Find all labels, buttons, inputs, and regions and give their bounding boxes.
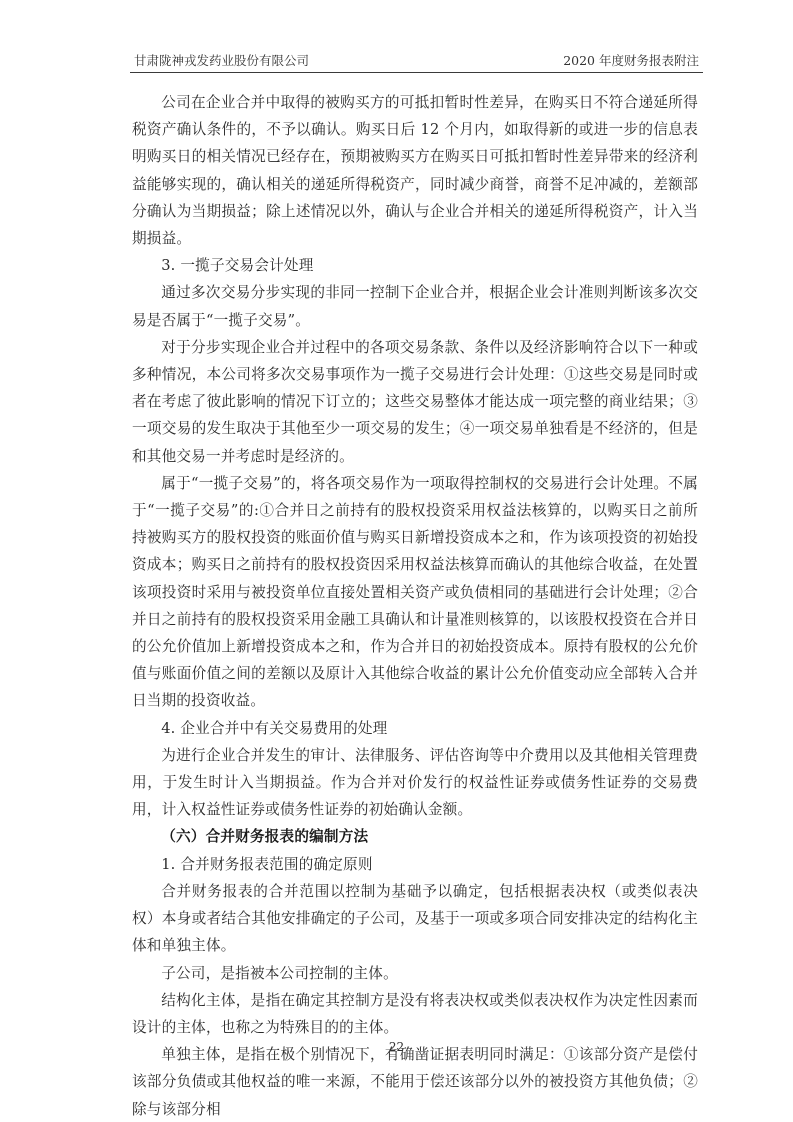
paragraph-subsidiary-definition: 子公司，是指被本公司控制的主体。 bbox=[132, 960, 698, 987]
paragraph-structured-entity: 结构化主体，是指在确定其控制方是没有将表决权或类似表决权作为决定性因素而设计的主… bbox=[132, 987, 698, 1041]
company-name: 甘肃陇神戎发药业股份有限公司 bbox=[134, 52, 309, 70]
page-header: 甘肃陇神戎发药业股份有限公司 2020 年度财务报表附注 bbox=[130, 52, 703, 73]
section-heading-consolidation: （六）合并财务报表的编制方法 bbox=[132, 823, 698, 850]
subheading-transaction-costs: 4. 企业合并中有关交易费用的处理 bbox=[132, 715, 698, 742]
subheading-consolidation-scope: 1. 合并财务报表范围的确定原则 bbox=[132, 851, 698, 878]
paragraph-step-acquisition: 通过多次交易分步实现的非同一控制下企业合并，根据企业会计准则判断该多次交易是否属… bbox=[132, 279, 698, 333]
paragraph-deferred-tax: 公司在企业合并中取得的被购买方的可抵扣暂时性差异，在购买日不符合递延所得税资产确… bbox=[132, 89, 698, 252]
document-body: 公司在企业合并中取得的被购买方的可抵扣暂时性差异，在购买日不符合递延所得税资产确… bbox=[132, 89, 698, 1122]
subheading-package-deal: 3. 一揽子交易会计处理 bbox=[132, 252, 698, 279]
paragraph-consolidation-scope: 合并财务报表的合并范围以控制为基础予以确定，包括根据表决权（或类似表决权）本身或… bbox=[132, 878, 698, 960]
paragraph-transaction-costs: 为进行企业合并发生的审计、法律服务、评估咨询等中介费用以及其他相关管理费用，于发… bbox=[132, 742, 698, 824]
paragraph-package-treatment: 属于“一揽子交易”的，将各项交易作为一项取得控制权的交易进行会计处理。不属于“一… bbox=[132, 470, 698, 715]
page-number: 22 bbox=[0, 1040, 793, 1054]
report-title: 2020 年度财务报表附注 bbox=[563, 52, 699, 70]
paragraph-package-criteria: 对于分步实现企业合并过程中的各项交易条款、条件以及经济影响符合以下一种或多种情况… bbox=[132, 334, 698, 470]
